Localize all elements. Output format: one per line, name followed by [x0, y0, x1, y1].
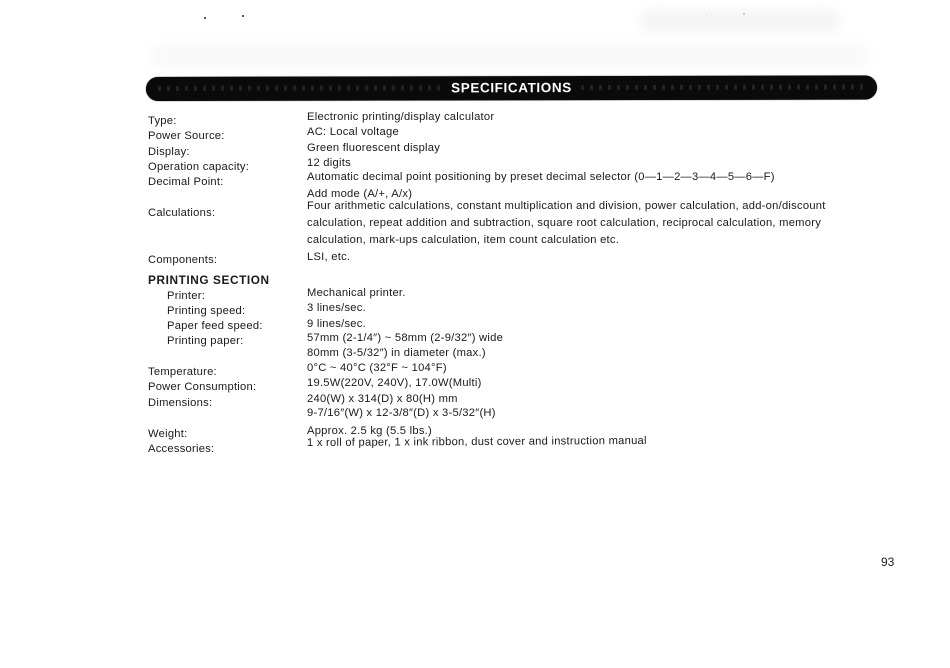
- spec-value-display: Green fluorescent display: [307, 141, 440, 155]
- spec-label-components: Components:: [148, 253, 217, 267]
- spec-label-weight: Weight:: [148, 427, 187, 441]
- spec-label-temperature: Temperature:: [148, 365, 217, 379]
- spec-label-dimensions: Dimensions:: [148, 396, 212, 410]
- spec-value-printing-paper-diameter: 80mm (3-5/32″) in diameter (max.): [307, 346, 486, 360]
- spec-value-dimensions-mm: 240(W) x 314(D) x 80(H) mm: [307, 392, 458, 406]
- spec-value-temperature: 0°C ~ 40°C (32°F ~ 104°F): [307, 361, 447, 375]
- spec-value-calculations-line-1: Four arithmetic calculations, constant m…: [307, 199, 875, 213]
- spec-value-printing-paper-width: 57mm (2-1/4″) ~ 58mm (2-9/32″) wide: [307, 331, 503, 345]
- spec-value-dimensions-inches: 9-7/16″(W) x 12-3/8″(D) x 3-5/32″(H): [307, 406, 496, 420]
- spec-value-type: Electronic printing/display calculator: [307, 110, 494, 124]
- section-title: SPECIFICATIONS: [445, 80, 578, 95]
- spec-label-power-source: Power Source:: [148, 129, 225, 143]
- spec-value-power-consumption: 19.5W(220V, 240V), 17.0W(Multi): [307, 376, 482, 390]
- scan-speck: [242, 15, 244, 17]
- printing-section-heading: PRINTING SECTION: [148, 273, 270, 287]
- spec-label-printing-paper: Printing paper:: [167, 334, 244, 348]
- spec-label-operation-capacity: Operation capacity:: [148, 160, 249, 174]
- spec-label-calculations: Calculations:: [148, 206, 215, 220]
- spec-label-accessories: Accessories:: [148, 442, 214, 456]
- spec-label-power-consumption: Power Consumption:: [148, 380, 256, 394]
- show-through-shadow: [150, 45, 870, 67]
- spec-value-decimal-point: Automatic decimal point positioning by p…: [307, 170, 775, 184]
- spec-value-printer: Mechanical printer.: [307, 286, 406, 300]
- spec-value-power-source: AC: Local voltage: [307, 125, 399, 139]
- spec-label-type: Type:: [148, 114, 177, 128]
- spec-label-printer: Printer:: [167, 289, 205, 303]
- spec-value-calculations-line-2: calculation, repeat addition and subtrac…: [307, 216, 875, 230]
- spec-label-decimal-point: Decimal Point:: [148, 175, 224, 189]
- scan-speck: [204, 17, 206, 19]
- spec-value-calculations-line-3: calculation, mark-ups calculation, item …: [307, 233, 619, 247]
- spec-value-paper-feed-speed: 9 lines/sec.: [307, 317, 366, 331]
- spec-value-operation-capacity: 12 digits: [307, 156, 351, 170]
- show-through-shadow: [640, 10, 840, 32]
- spec-label-paper-feed-speed: Paper feed speed:: [167, 319, 263, 333]
- spec-value-components: LSI, etc.: [307, 250, 350, 264]
- spec-label-display: Display:: [148, 145, 190, 159]
- spec-label-printing-speed: Printing speed:: [167, 304, 245, 318]
- spec-value-accessories: 1 x roll of paper, 1 x ink ribbon, dust …: [307, 434, 647, 450]
- page-number: 93: [881, 555, 894, 569]
- manual-page: SPECIFICATIONS Type: Electronic printing…: [0, 0, 950, 668]
- specifications-banner: SPECIFICATIONS: [146, 75, 877, 101]
- spec-value-printing-speed: 3 lines/sec.: [307, 301, 366, 315]
